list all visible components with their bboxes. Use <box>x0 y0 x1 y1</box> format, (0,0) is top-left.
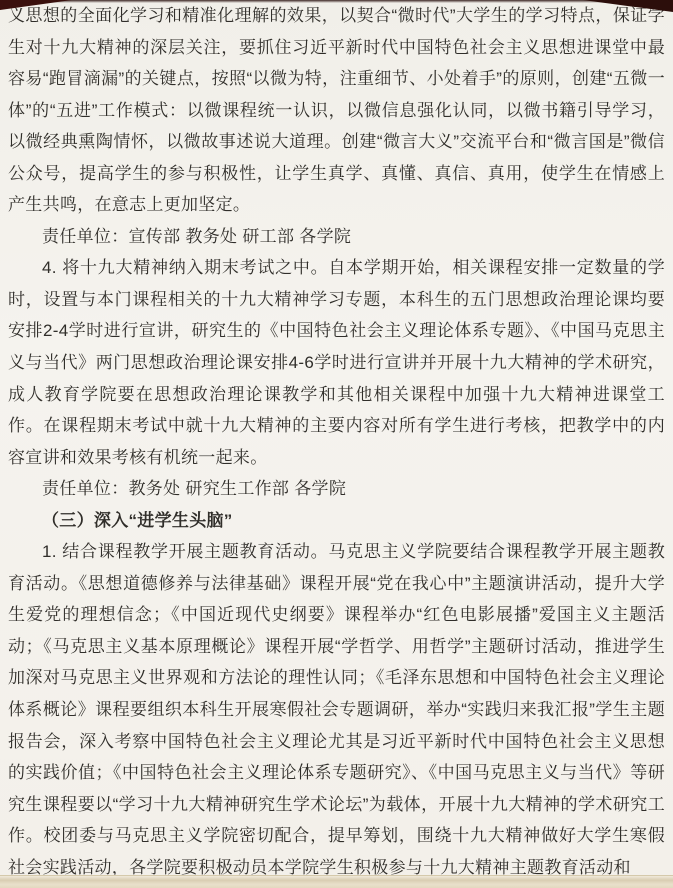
section-heading: （三）深入“进学生头脑” <box>8 505 665 537</box>
responsible-units-line: 责任单位：教务处 研究生工作部 各学院 <box>8 473 665 505</box>
paragraph-item-4: 4. 将十九大精神纳入期末考试之中。自本学期开始，相关课程安排一定数量的学时，设… <box>8 252 665 473</box>
responsible-units-line: 责任单位：宣传部 教务处 研工部 各学院 <box>8 221 665 253</box>
document-page: 义思想的全面化学习和精准化理解的效果，以契合“微时代”大学生的学习特点，保证学生… <box>0 0 673 888</box>
document-body: 义思想的全面化学习和精准化理解的效果，以契合“微时代”大学生的学习特点，保证学生… <box>8 0 665 883</box>
paragraph-continuation: 义思想的全面化学习和精准化理解的效果，以契合“微时代”大学生的学习特点，保证学生… <box>8 0 665 221</box>
paragraph-item-1: 1. 结合课程教学开展主题教育活动。马克思主义学院要结合课程教学开展主题教育活动… <box>8 536 665 883</box>
